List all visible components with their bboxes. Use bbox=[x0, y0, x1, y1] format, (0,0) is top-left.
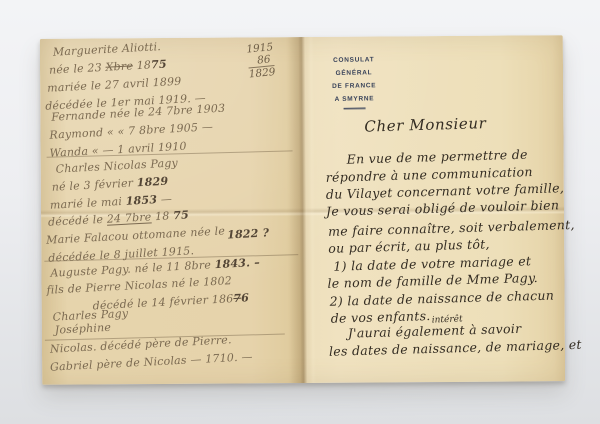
marriage-dash: — bbox=[157, 192, 173, 206]
birth-mid: 18 bbox=[133, 58, 152, 72]
struck-word: Xbre bbox=[105, 59, 133, 73]
stamp-line-2: DE FRANCE bbox=[321, 79, 387, 93]
birth-prefix: né le 3 février bbox=[51, 176, 137, 193]
subtraction-note: 1915 86 1829 bbox=[237, 40, 284, 81]
letter-line: le nom de famille de Mme Pagy. bbox=[327, 270, 538, 291]
center-fold-crease bbox=[288, 37, 316, 383]
letter-line: ou par écrit, au plus tôt, bbox=[328, 236, 490, 256]
stamp-line-3: A SMYRNE bbox=[321, 92, 387, 106]
birth-year: 75 bbox=[151, 58, 167, 72]
stamp-ornament-rule bbox=[344, 107, 366, 108]
marriage-year: 1853 bbox=[125, 193, 157, 208]
child-raymond: Raymond « « 7 8bre 1905 — bbox=[49, 120, 213, 142]
letter-line: me faire connaître, soit verbalement, bbox=[328, 217, 575, 239]
wife-birth-year: 1822 ? bbox=[227, 226, 270, 241]
letter-line: En vue de me permettre de bbox=[346, 147, 528, 167]
photo-background: Marguerite Aliotti. née le 23 Xbre 1875 … bbox=[0, 0, 600, 424]
salutation: Cher Monsieur bbox=[364, 114, 486, 135]
birth-prefix: née le 23 bbox=[49, 61, 106, 77]
birth-year: 1829 bbox=[137, 175, 169, 190]
consulate-stamp: CONSULAT GÉNÉRAL DE FRANCE A SMYRNE bbox=[321, 53, 388, 109]
letter-line-item-2: 2) la date de naissance de chacun bbox=[329, 288, 554, 309]
charles-nicolas-name: Charles Nicolas Pagy bbox=[55, 156, 178, 175]
folded-letter: Marguerite Aliotti. née le 23 Xbre 1875 … bbox=[40, 35, 565, 385]
charles-nicolas-birth: né le 3 février 1829 bbox=[51, 175, 168, 194]
death-date-underlined: 24 7bre bbox=[106, 210, 151, 225]
marguerite-name: Marguerite Aliotti. bbox=[53, 40, 162, 59]
death-suffix: 6 bbox=[241, 291, 250, 304]
marguerite-birth: née le 23 Xbre 1875 bbox=[49, 58, 167, 77]
birth-year: 1843. – bbox=[214, 256, 260, 271]
marguerite-marriage: mariée le 27 avril 1899 bbox=[47, 75, 182, 95]
death-year: 75 bbox=[173, 208, 189, 222]
stamp-line-1: CONSULAT GÉNÉRAL bbox=[321, 53, 387, 80]
auguste-daughter: Joséphine bbox=[54, 321, 111, 337]
death-prefix: décédé le bbox=[48, 213, 107, 229]
death-mid: 18 bbox=[151, 209, 173, 223]
wife-line: Marie Falacou ottomane née le bbox=[46, 224, 226, 246]
